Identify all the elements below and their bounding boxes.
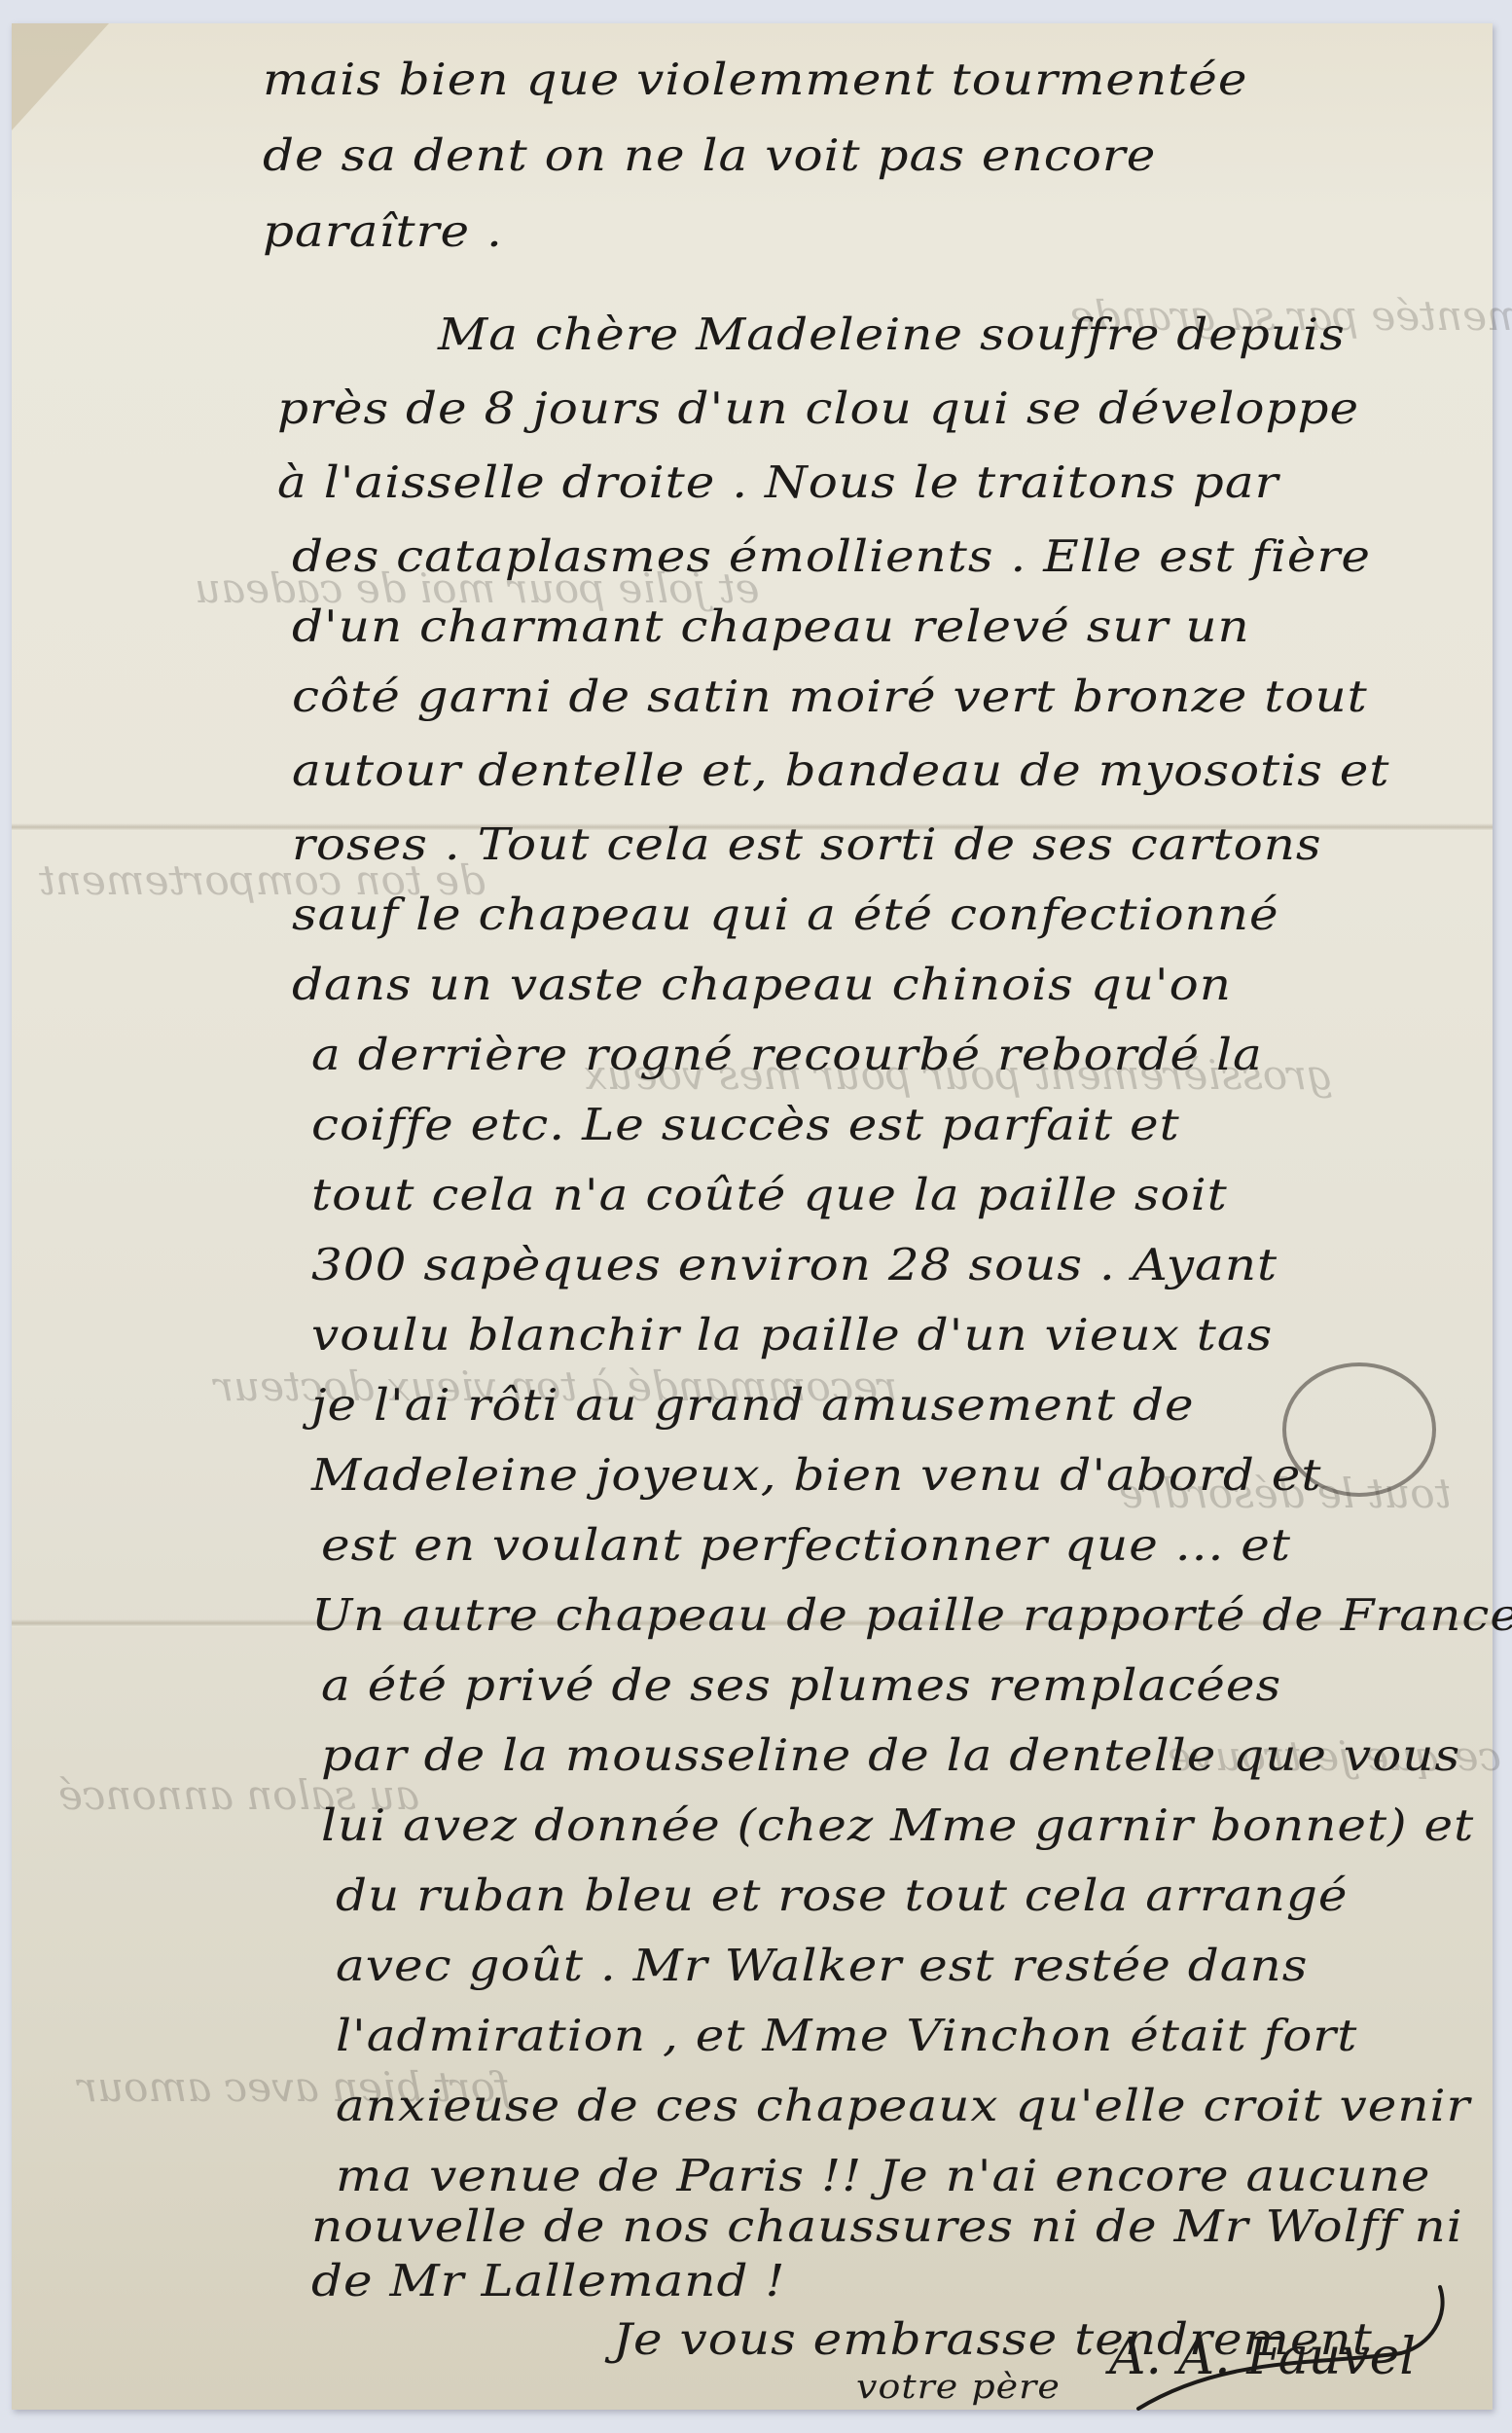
letter-line: je l'ai rôti au grand amusement de [311,1380,1195,1431]
letter-line: coiffe etc. Le succès est parfait et [311,1100,1180,1150]
folded-corner [12,23,109,130]
letter-line: de sa dent on ne la voit pas encore [263,130,1156,181]
letter-line: paraître . [263,206,503,257]
letter-line: près de 8 jours d'un clou qui se dévelop… [277,383,1359,434]
letter-line: dans un vaste chapeau chinois qu'on [292,960,1232,1010]
letter-line: lui avez donnée (chez Mme garnir bonnet)… [321,1800,1474,1851]
closing-votre-pere: votre père [856,2367,1061,2406]
letter-line: des cataplasmes émollients . Elle est fi… [292,531,1371,582]
letter-line: est en voulant perfectionner que ... et [321,1520,1291,1571]
letter-line: à l'aisselle droite . Nous le traitons p… [277,457,1279,508]
letter-line: Ma chère Madeleine souffre depuis [438,309,1346,360]
letter-line: mais bien que violemment tourmentée [263,54,1247,105]
letter-line: l'admiration , et Mme Vinchon était fort [336,2011,1357,2061]
letter-line: côté garni de satin moiré vert bronze to… [292,672,1368,722]
letter-line: roses . Tout cela est sorti de ses carto… [292,819,1322,870]
signature-flourish [1109,2277,1459,2414]
letter-line: nouvelle de nos chaussures ni de Mr Wolf… [311,2201,1463,2252]
letter-line: par de la mousseline de la dentelle que … [321,1730,1460,1781]
letter-line: 300 sapèques environ 28 sous . Ayant [311,1240,1278,1290]
letter-line: anxieuse de ces chapeaux qu'elle croit v… [336,2081,1470,2131]
letter-line: a derrière rogné recourbé rebordé la [311,1030,1263,1080]
letter-line: tout cela n'a coûté que la paille soit [311,1170,1228,1220]
letter-line: a été privé de ses plumes remplacées [321,1660,1281,1711]
letter-line: ma venue de Paris !! Je n'ai encore aucu… [336,2151,1431,2201]
letter-line: Madeleine joyeux, bien venu d'abord et [311,1450,1321,1501]
letter-line: de Mr Lallemand ! [311,2256,785,2306]
letter-line: du ruban bleu et rose tout cela arrangé [336,1870,1348,1921]
letter-line: sauf le chapeau qui a été confectionné [292,890,1279,940]
letter-line: avec goût . Mr Walker est restée dans [336,1941,1308,1991]
letter-line: d'un charmant chapeau relevé sur un [292,601,1250,652]
letter-line: Un autre chapeau de paille rapporté de F… [311,1590,1512,1641]
letter-line: autour dentelle et, bandeau de myosotis … [292,745,1389,796]
letter-line: voulu blanchir la paille d'un vieux tas [311,1310,1273,1361]
